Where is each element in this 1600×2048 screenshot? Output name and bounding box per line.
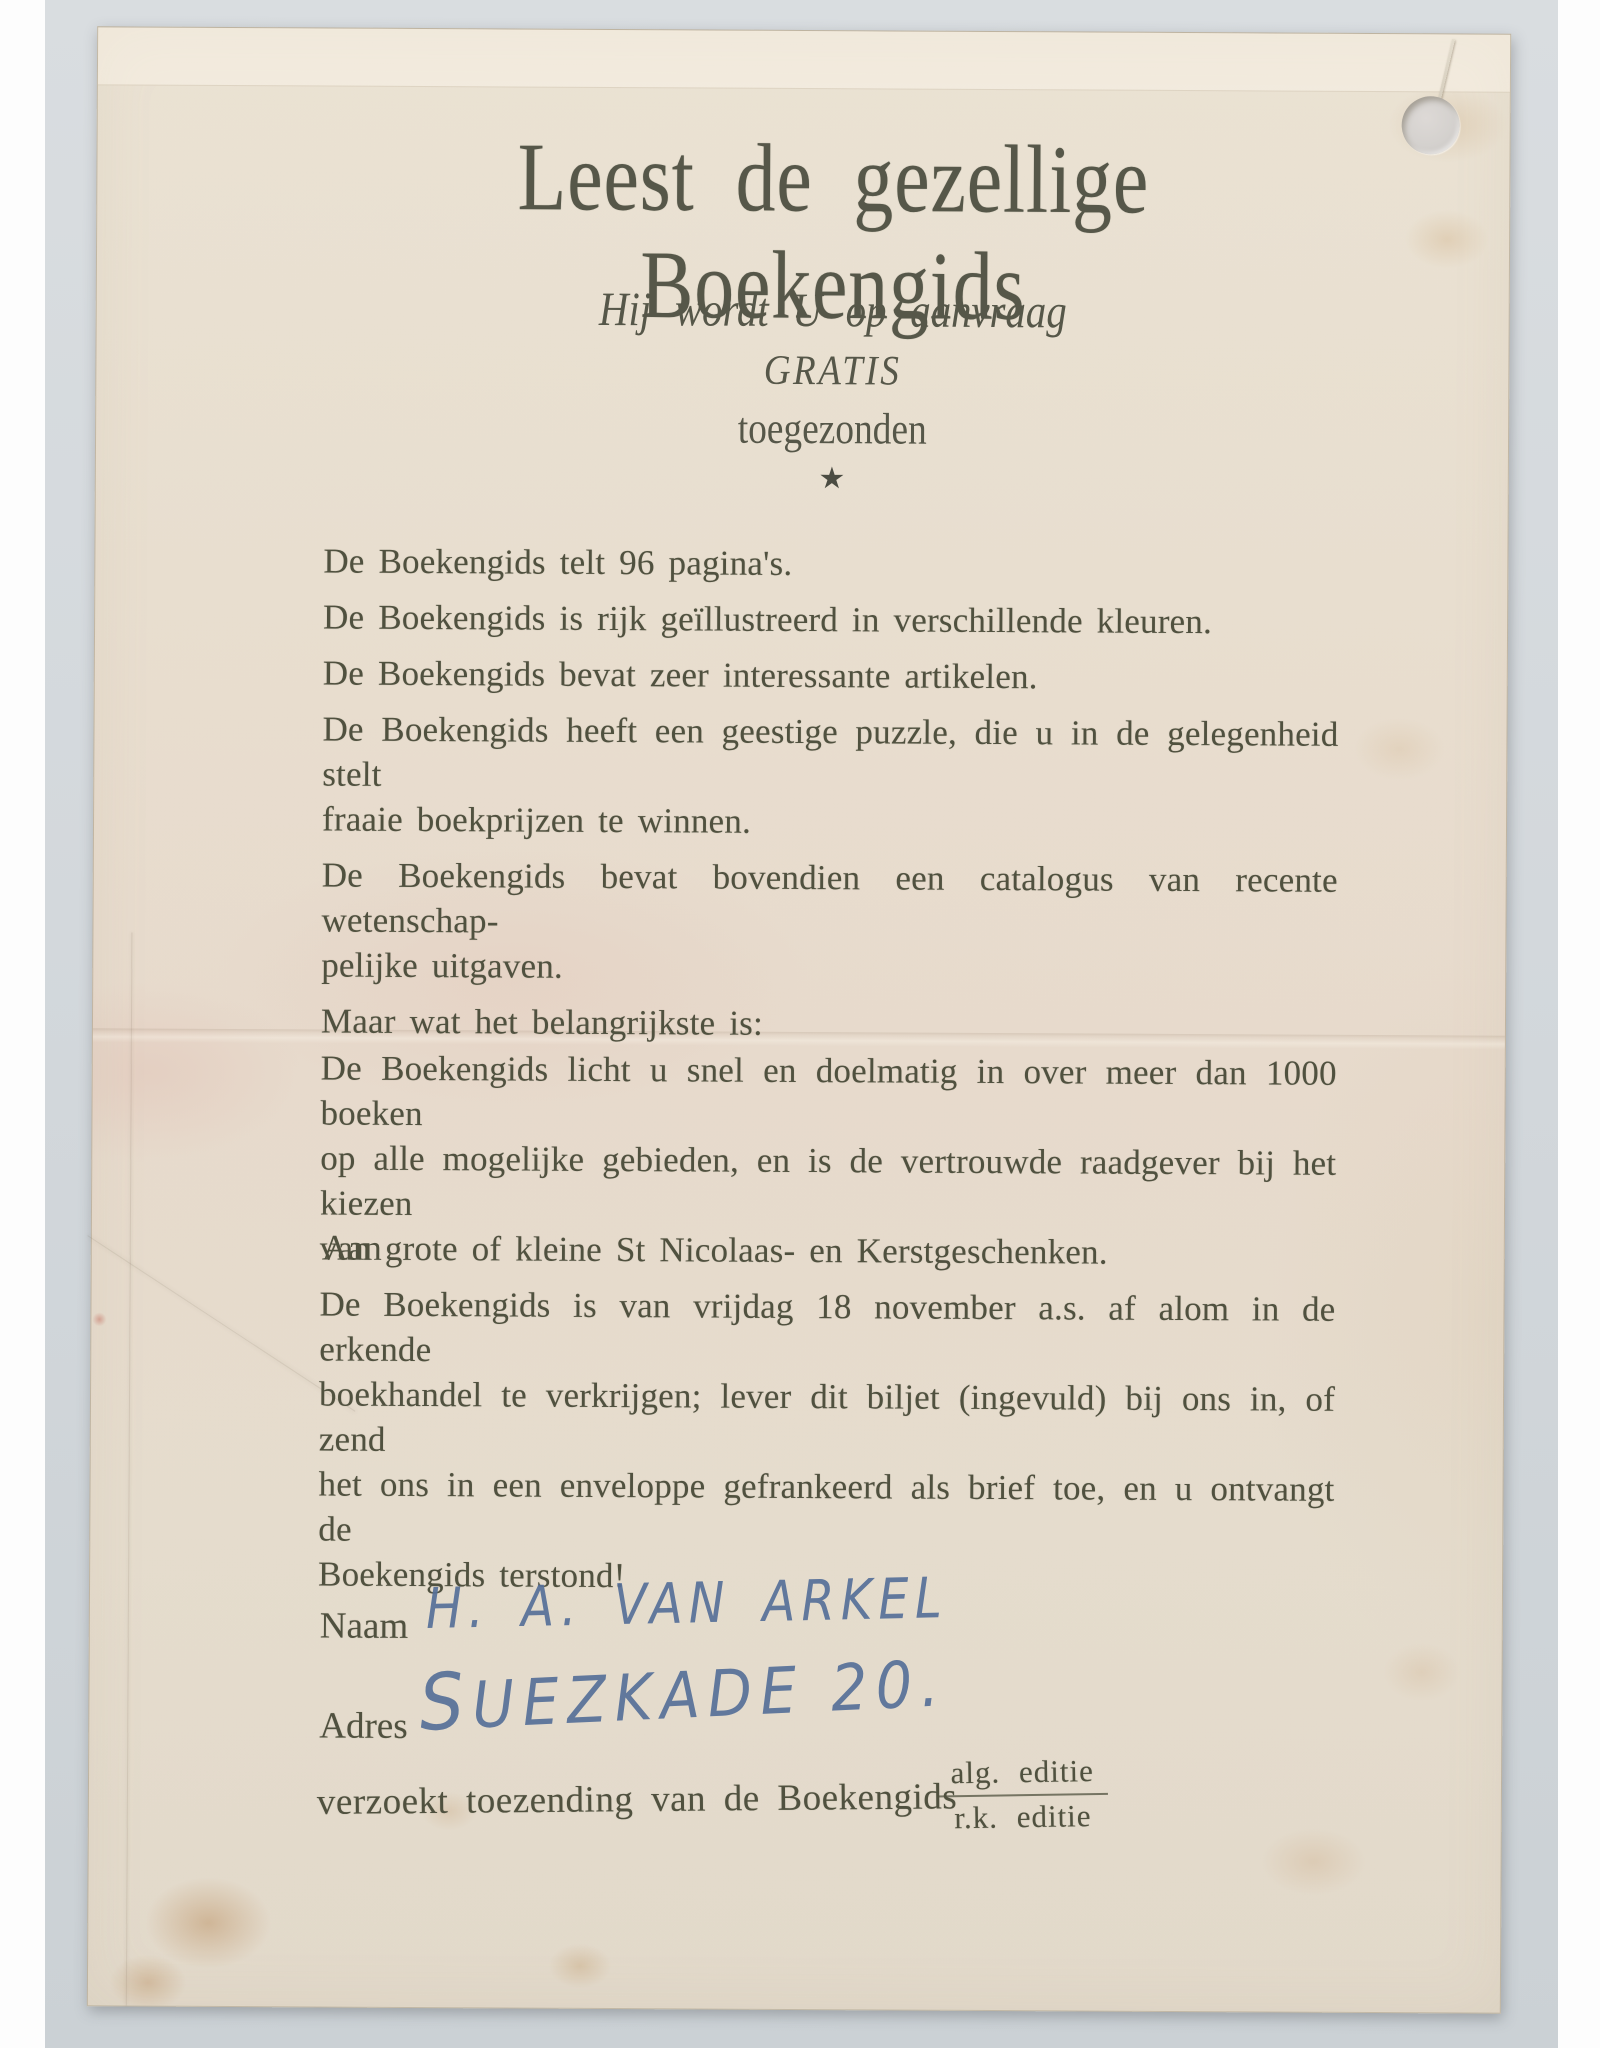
body-line: Maar wat het belangrijkste is: [321,998,1337,1048]
paragraph: De Boekengids is rijk geïllustreerd in v… [323,595,1339,645]
paragraph: De Boekengids is van vrijdag 18 november… [318,1281,1336,1601]
body-line: De Boekengids telt 96 pagina's. [323,539,1339,589]
body-line: fraaie boekprijzen te winnen. [322,797,1338,847]
edition-rk-label: r.k. editie [937,1795,1109,1837]
body-line: van grote of kleine St Nicolaas- en Kers… [320,1225,1336,1275]
body-line: De Boekengids is van vrijdag 18 november… [319,1281,1335,1376]
gratis-line: GRATIS [324,345,1340,398]
adres-label: Adres [319,1704,408,1747]
edition-alg-label: alg. editie [936,1753,1108,1798]
paragraph: De Boekengids telt 96 pagina's. [323,539,1339,589]
naam-label: Naam [320,1604,409,1647]
paragraph: De Boekengids heeft een geestige puzzle,… [322,707,1339,847]
adres-handwritten-value: SUEZKADE 20. [417,1634,948,1749]
diagonal-crease [87,1235,355,1412]
document-body: De Boekengids telt 96 pagina's. De Boeke… [318,539,1340,1613]
punch-hole [1402,96,1460,154]
paragraph: Maar wat het belangrijkste is: [321,998,1337,1048]
body-line: De Boekengids bevat zeer interessante ar… [323,651,1339,701]
body-line: De Boekengids licht u snel en doelmatig … [320,1045,1336,1140]
edition-choice: alg. editie r.k. editie [936,1753,1108,1837]
aan-label: Aan [322,1227,382,1269]
paragraph: De Boekengids bevat zeer interessante ar… [323,651,1339,701]
photo-canvas: Leest de gezellige Boekengids Hij wordt … [0,0,1600,2048]
paragraph: De Boekengids licht u snel en doelmatig … [320,1045,1337,1275]
document-paper: Leest de gezellige Boekengids Hij wordt … [87,26,1511,2013]
toegezonden-line: toegezonden [324,401,1340,457]
body-line: De Boekengids bevat bovendien een catalo… [321,852,1337,947]
naam-handwritten-value: H. A. VAN ARKEL [425,1566,948,1642]
vertical-crease [126,933,133,2006]
fold-crease-top [98,27,1510,92]
star-icon: ★ [324,459,1340,499]
body-line: pelijke uitgaven. [321,942,1337,992]
subtitle-line: Hij wordt U op aanvraag [325,281,1341,341]
body-line: De Boekengids heeft een geestige puzzle,… [322,707,1338,802]
paragraph: De Boekengids bevat bovendien een catalo… [321,852,1338,992]
request-line: verzoekt toezending van de Boekengids [317,1775,958,1824]
body-line: boekhandel te verkrijgen; lever dit bilj… [319,1371,1335,1466]
body-line: het ons in een enveloppe gefrankeerd als… [318,1461,1334,1556]
body-line: op alle mogelijke gebieden, en is de ver… [320,1135,1336,1230]
body-line: De Boekengids is rijk geïllustreerd in v… [323,595,1339,645]
